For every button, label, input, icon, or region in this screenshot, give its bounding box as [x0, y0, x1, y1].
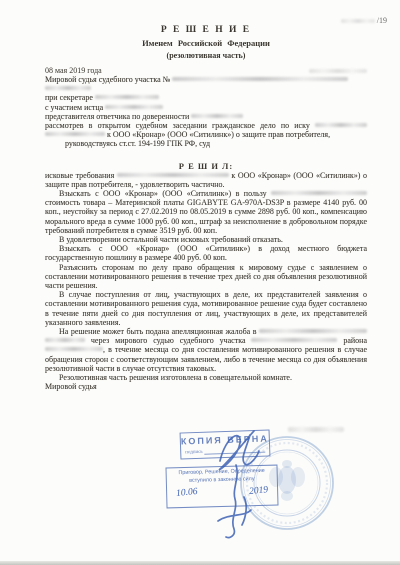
date-row: 08 мая 2019 года: [45, 66, 367, 75]
considered-suffix: к ООО «Кронар» (ООО «Ситилинк») о защите…: [107, 130, 330, 139]
resolution-paragraph-8: Резолютивная часть решения изготовлена в…: [45, 373, 367, 382]
judge-signature-scribble: [188, 419, 288, 545]
secretary-line: при секретаре: [45, 93, 93, 102]
resolution-paragraph-7: На решение может быть подана апелляционн…: [45, 327, 367, 373]
p7-seg3: района: [343, 336, 367, 345]
redacted-text: [251, 338, 337, 342]
redacted-text: [45, 338, 85, 342]
case-number: /19: [341, 16, 387, 25]
resolution-paragraph-6: В случае поступления от лиц, участвующих…: [45, 290, 367, 327]
scan-edge-artifact: [0, 561, 400, 565]
document-body: Р Е Ш Е Н И Е Именем Российской Федераци…: [45, 25, 367, 392]
redacted-text: [341, 19, 375, 23]
resolution-paragraph-4: Взыскать с ООО «Кронар» (ООО «Ситилинк»)…: [45, 244, 367, 262]
intro-paragraph: Мировой судья судебного участка № при се…: [45, 75, 367, 121]
redacted-text: [271, 191, 367, 195]
considered-prefix: рассмотрев в открытом судебном заседании…: [45, 121, 310, 130]
judge-signature-line: Мировой судья: [45, 382, 367, 391]
resolution-paragraph-3: В удовлетворении остальной части исковых…: [45, 235, 367, 244]
resolution-paragraph-1: исковые требования к ООО «Кронар» (ООО «…: [45, 171, 367, 189]
redacted-text: [259, 329, 367, 333]
redacted-text: [309, 69, 367, 73]
resolutive-part-label: (резолютивная часть): [45, 51, 367, 60]
redacted-text: [45, 86, 91, 90]
judge-line: Мировой судья судебного участка №: [45, 75, 170, 84]
redacted-text: [191, 114, 243, 118]
p2-prefix: Взыскать с ООО «Кронар» (ООО «Ситилинк»)…: [59, 189, 267, 198]
p1-prefix: исковые требования: [45, 171, 114, 180]
p7-seg2: через мирового судью судебного участка: [91, 336, 246, 345]
representative-line: представителя ответчика по доверенности: [45, 112, 189, 121]
redacted-text: [45, 132, 105, 136]
plaintiff-line: с участием истца: [45, 103, 103, 112]
redacted-text: [315, 123, 367, 127]
p7-seg1: На решение может быть подана апелляционн…: [59, 327, 257, 336]
decision-subtitle: Именем Российской Федерации: [45, 38, 367, 48]
scanned-court-decision-page: /19 Р Е Ш Е Н И Е Именем Российской Феде…: [0, 0, 400, 565]
decision-title: Р Е Ш Е Н И Е: [45, 25, 367, 35]
resolution-paragraph-5: Разъяснить сторонам по делу право обраще…: [45, 263, 367, 291]
guided-by-line: руководствуясь ст.ст. 194-199 ГПК РФ, су…: [45, 139, 367, 148]
resolved-heading: Р Е Ш И Л:: [45, 161, 367, 171]
resolution-paragraph-2: Взыскать с ООО «Кронар» (ООО «Ситилинк»)…: [45, 189, 367, 235]
redacted-text: [95, 95, 159, 99]
redacted-text: [172, 77, 348, 81]
redacted-text: [117, 173, 229, 177]
redacted-text: [105, 105, 163, 109]
p2-suffix: стоимость товара – Материнской платы GIG…: [45, 198, 367, 235]
redacted-text: [45, 347, 103, 351]
case-number-suffix: /19: [377, 16, 387, 25]
decision-date: 08 мая 2019 года: [45, 66, 102, 75]
considered-paragraph: рассмотрев в открытом судебном заседании…: [45, 121, 367, 139]
